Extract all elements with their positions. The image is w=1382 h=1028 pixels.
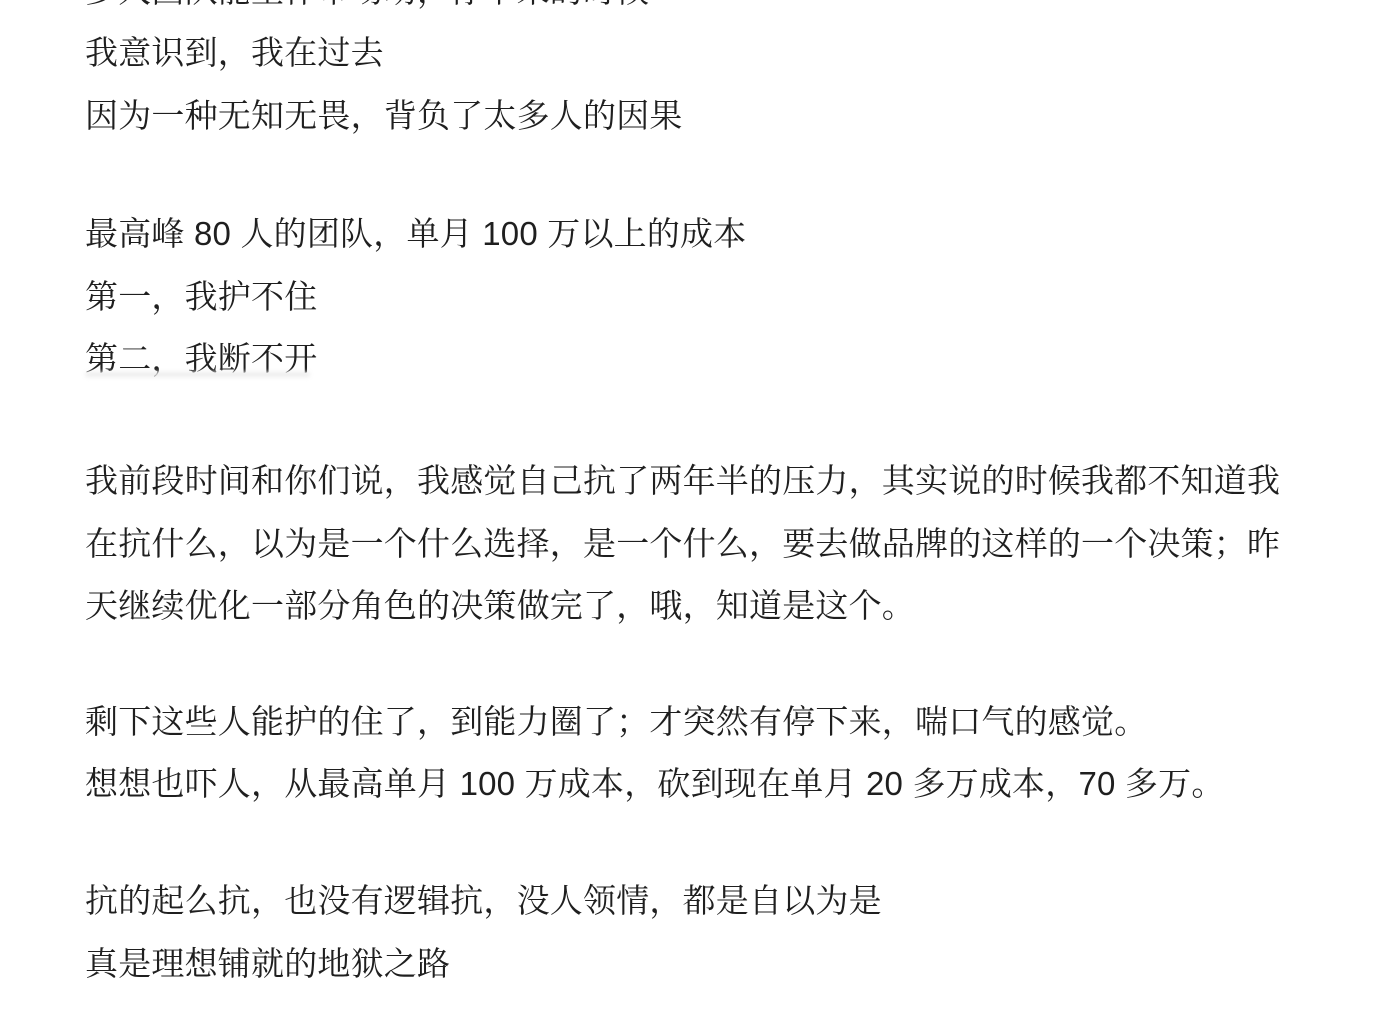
- text-line: 想想也吓人，从最高单月 100 万成本，砍到现在单月 20 多万成本，70 多万…: [85, 753, 1342, 815]
- text-line: 真是理想铺就的地狱之路: [85, 933, 1342, 995]
- screenshot-page: { "page": { "background_color": "#ffffff…: [0, 0, 1382, 1028]
- paragraph-conclusion: 抗的起么抗，也没有逻辑抗，没人领情，都是自以为是 真是理想铺就的地狱之路: [85, 870, 1342, 995]
- text-line: 第二，我断不开: [85, 328, 1342, 390]
- text-line: 抗的起么抗，也没有逻辑抗，没人领情，都是自以为是: [85, 870, 1342, 932]
- text-line: 第一，我护不住: [85, 266, 1342, 328]
- text-line: 剩下这些人能护的住了，到能力圈了；才突然有停下来，喘口气的感觉。: [85, 691, 1342, 753]
- paragraph-realization: 我意识到，我在过去 因为一种无知无畏，背负了太多人的因果: [85, 22, 1342, 147]
- text-line: 因为一种无知无畏，背负了太多人的因果: [85, 85, 1342, 147]
- text-line: 我前段时间和你们说，我感觉自己抗了两年半的压力，其实说的时候我都不知道我: [85, 450, 1342, 512]
- text-line: 我意识到，我在过去: [85, 22, 1342, 84]
- paragraph-clipped-top: 多人团队能坐作市场动，停下来的时候: [85, 0, 1342, 22]
- photo-artifact-smudge: [85, 372, 310, 377]
- paragraph-team-cost: 最高峰 80 人的团队，单月 100 万以上的成本 第一，我护不住 第二，我断不…: [85, 203, 1342, 390]
- text-document: 多人团队能坐作市场动，停下来的时候 我意识到，我在过去 因为一种无知无畏，背负了…: [85, 0, 1342, 995]
- paragraph-pressure: 我前段时间和你们说，我感觉自己抗了两年半的压力，其实说的时候我都不知道我 在抗什…: [85, 450, 1342, 637]
- paragraph-cost-cut: 剩下这些人能护的住了，到能力圈了；才突然有停下来，喘口气的感觉。 想想也吓人，从…: [85, 691, 1342, 816]
- text-line: 在抗什么，以为是一个什么选择，是一个什么，要去做品牌的这样的一个决策；昨: [85, 513, 1342, 575]
- text-line-clipped: 多人团队能坐作市场动，停下来的时候: [85, 0, 1342, 22]
- text-line: 天继续优化一部分角色的决策做完了，哦，知道是这个。: [85, 575, 1342, 637]
- text-line: 最高峰 80 人的团队，单月 100 万以上的成本: [85, 203, 1342, 265]
